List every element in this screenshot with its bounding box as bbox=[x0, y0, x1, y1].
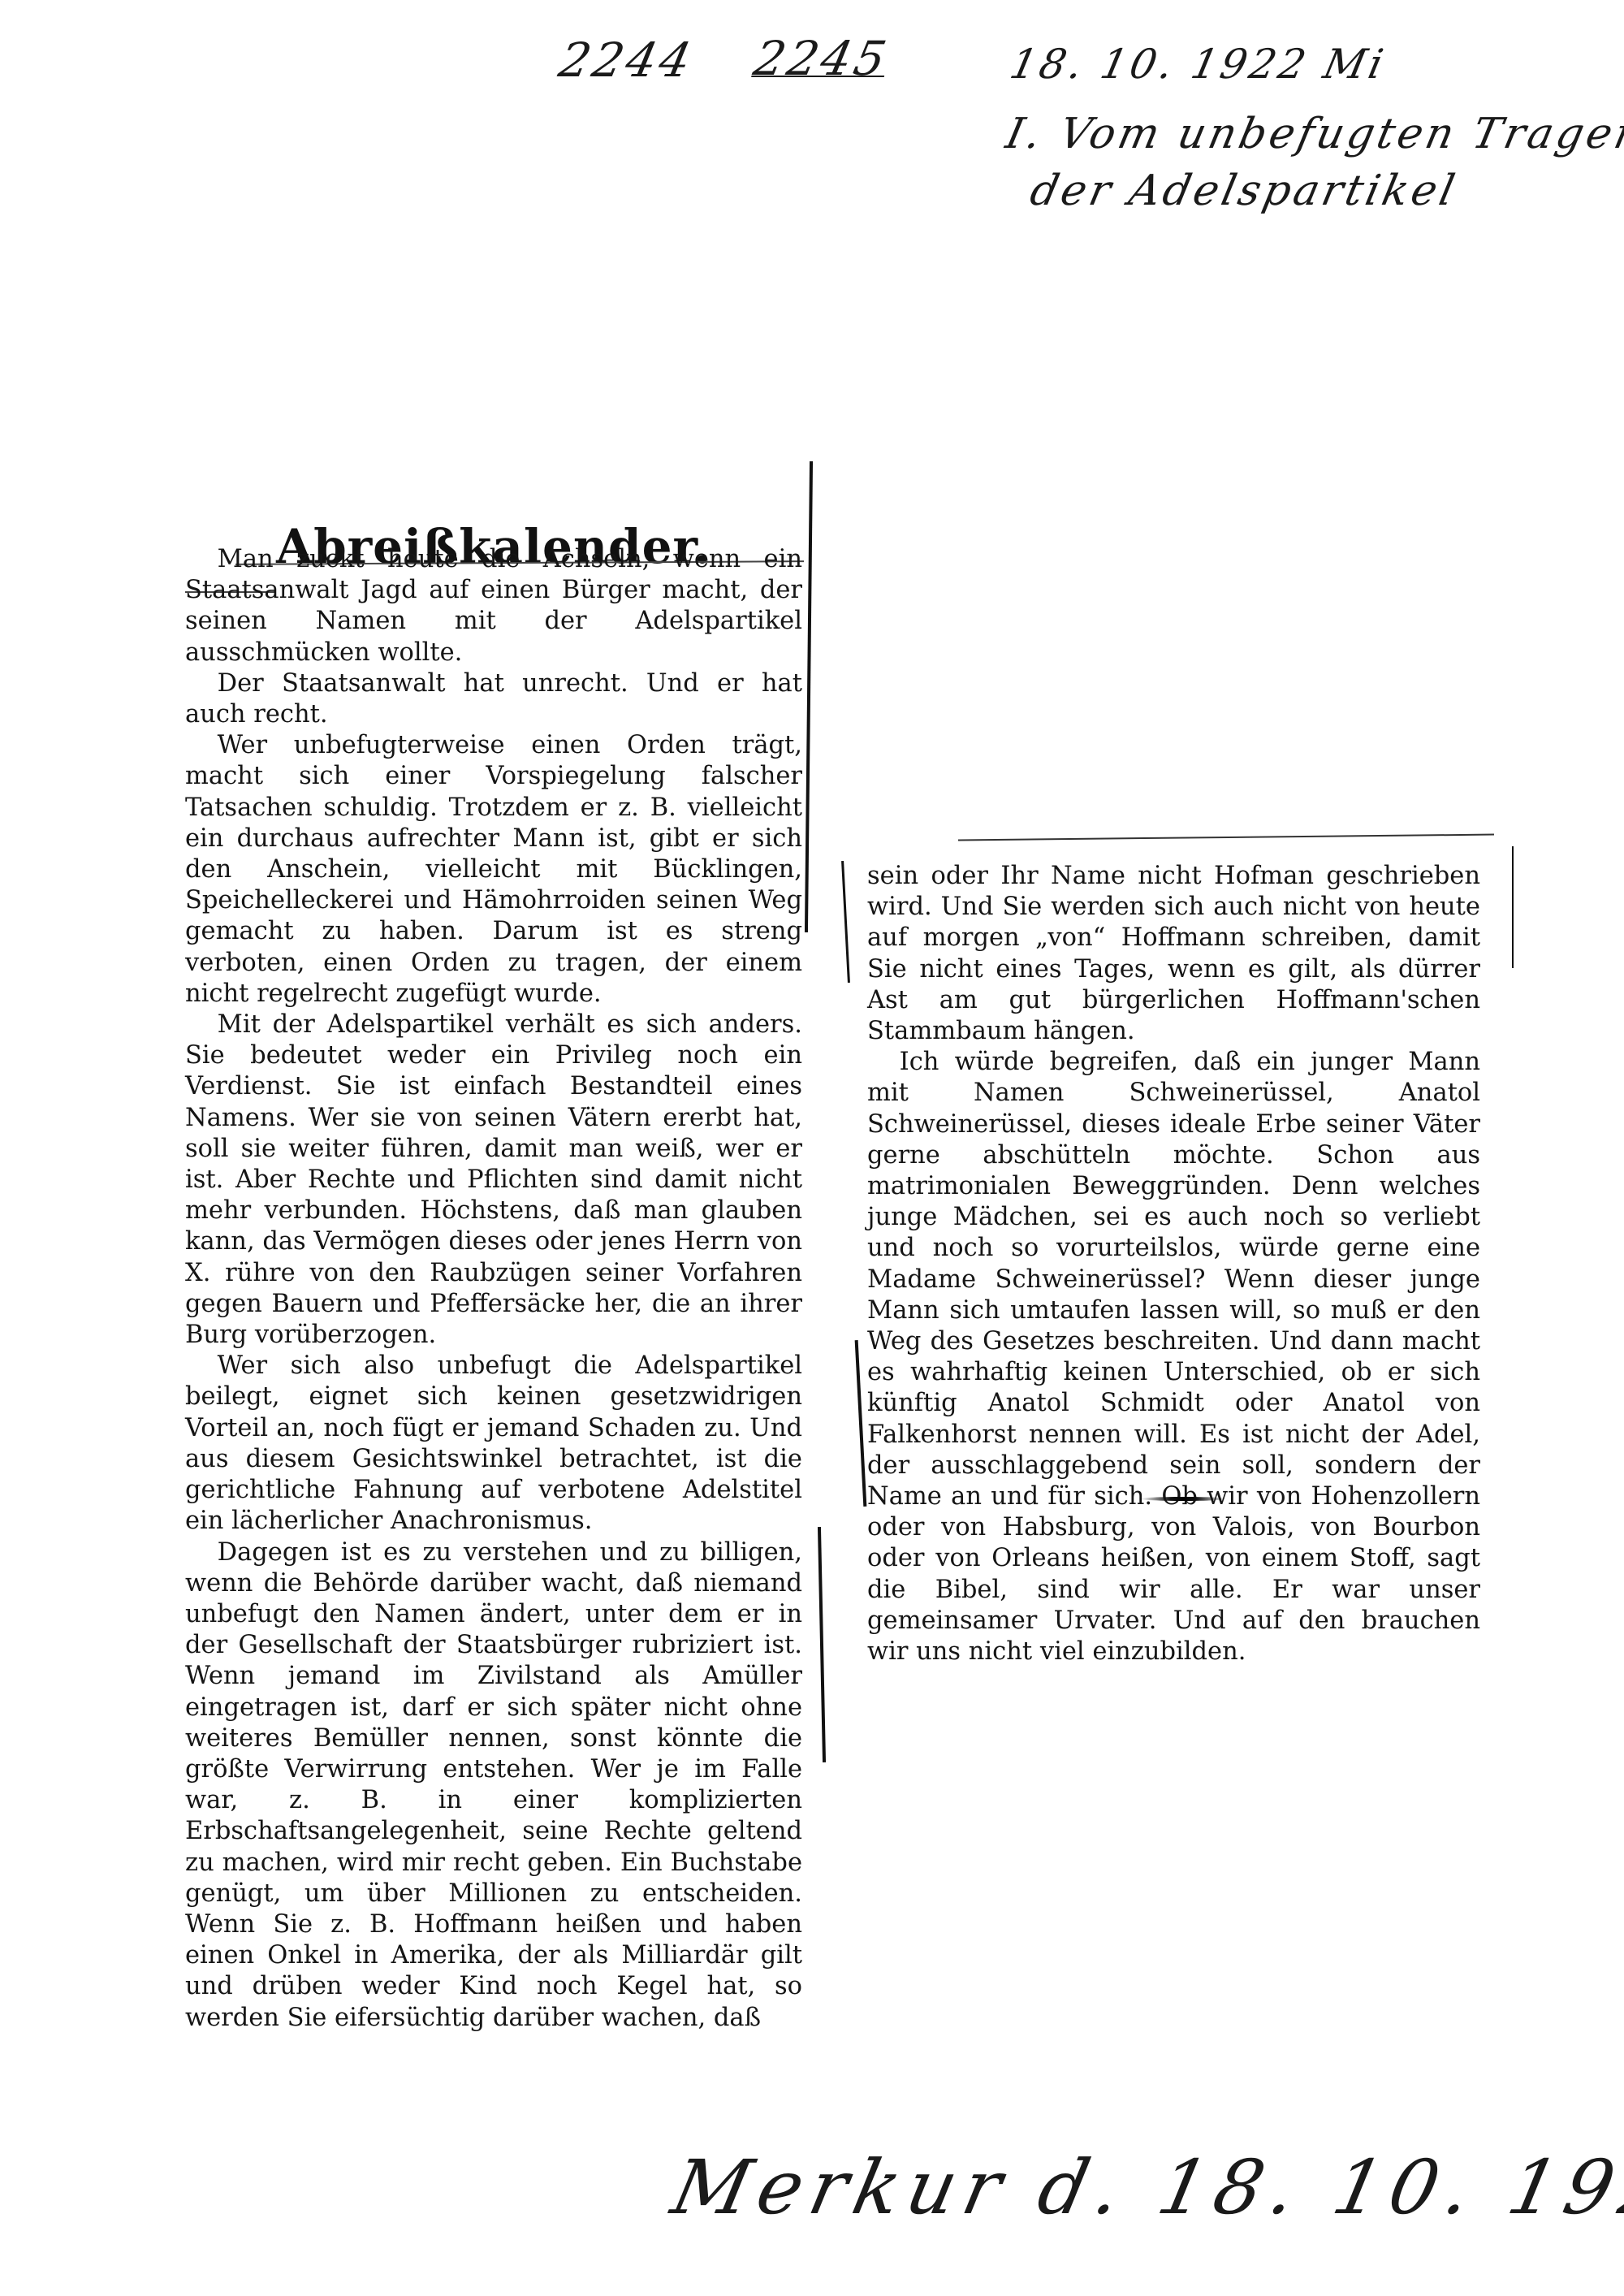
column-rule bbox=[841, 861, 850, 983]
handwritten-date: 18. 10. 1922 Mi bbox=[1006, 41, 1390, 88]
archive-number-2: 2245 bbox=[749, 31, 894, 86]
paragraph: Der Staatsanwalt hat unrecht. Und er hat… bbox=[185, 668, 802, 730]
end-of-article-ornament bbox=[1141, 1497, 1226, 1501]
column-rule bbox=[855, 1340, 867, 1507]
paragraph: Dagegen ist es zu verstehen und zu billi… bbox=[185, 1537, 802, 2034]
paragraph: Wer unbefugterweise einen Orden trägt, m… bbox=[185, 730, 802, 1010]
paragraph: Mit der Adelspartikel verhält es sich an… bbox=[185, 1010, 802, 1351]
article-left-column: Man zuckt heute die Achseln, wenn ein St… bbox=[185, 544, 802, 2034]
paragraph: Man zuckt heute die Achseln, wenn ein St… bbox=[185, 544, 802, 668]
column-rule bbox=[805, 461, 813, 932]
column-rule bbox=[1512, 846, 1514, 968]
article-right-column: sein oder Ihr Name nicht Hofman geschrie… bbox=[867, 861, 1480, 1667]
source-signature: Merkur d. 18. 10. 1922 bbox=[665, 2144, 1624, 2231]
paragraph: Wer sich also unbefugt die Adelspartikel… bbox=[185, 1351, 802, 1537]
archive-number-1: 2244 bbox=[555, 32, 699, 88]
paragraph: sein oder Ihr Name nicht Hofman geschrie… bbox=[867, 861, 1480, 1047]
clipping-top-edge bbox=[958, 834, 1494, 841]
column-rule bbox=[818, 1527, 826, 1762]
handwritten-subject-line-1: I. Vom unbefugten Tragen bbox=[1002, 110, 1624, 158]
paragraph: Ich würde begreifen, daß ein junger Mann… bbox=[867, 1047, 1480, 1667]
handwritten-subject-line-2: der Adelspartikel bbox=[1026, 166, 1462, 215]
